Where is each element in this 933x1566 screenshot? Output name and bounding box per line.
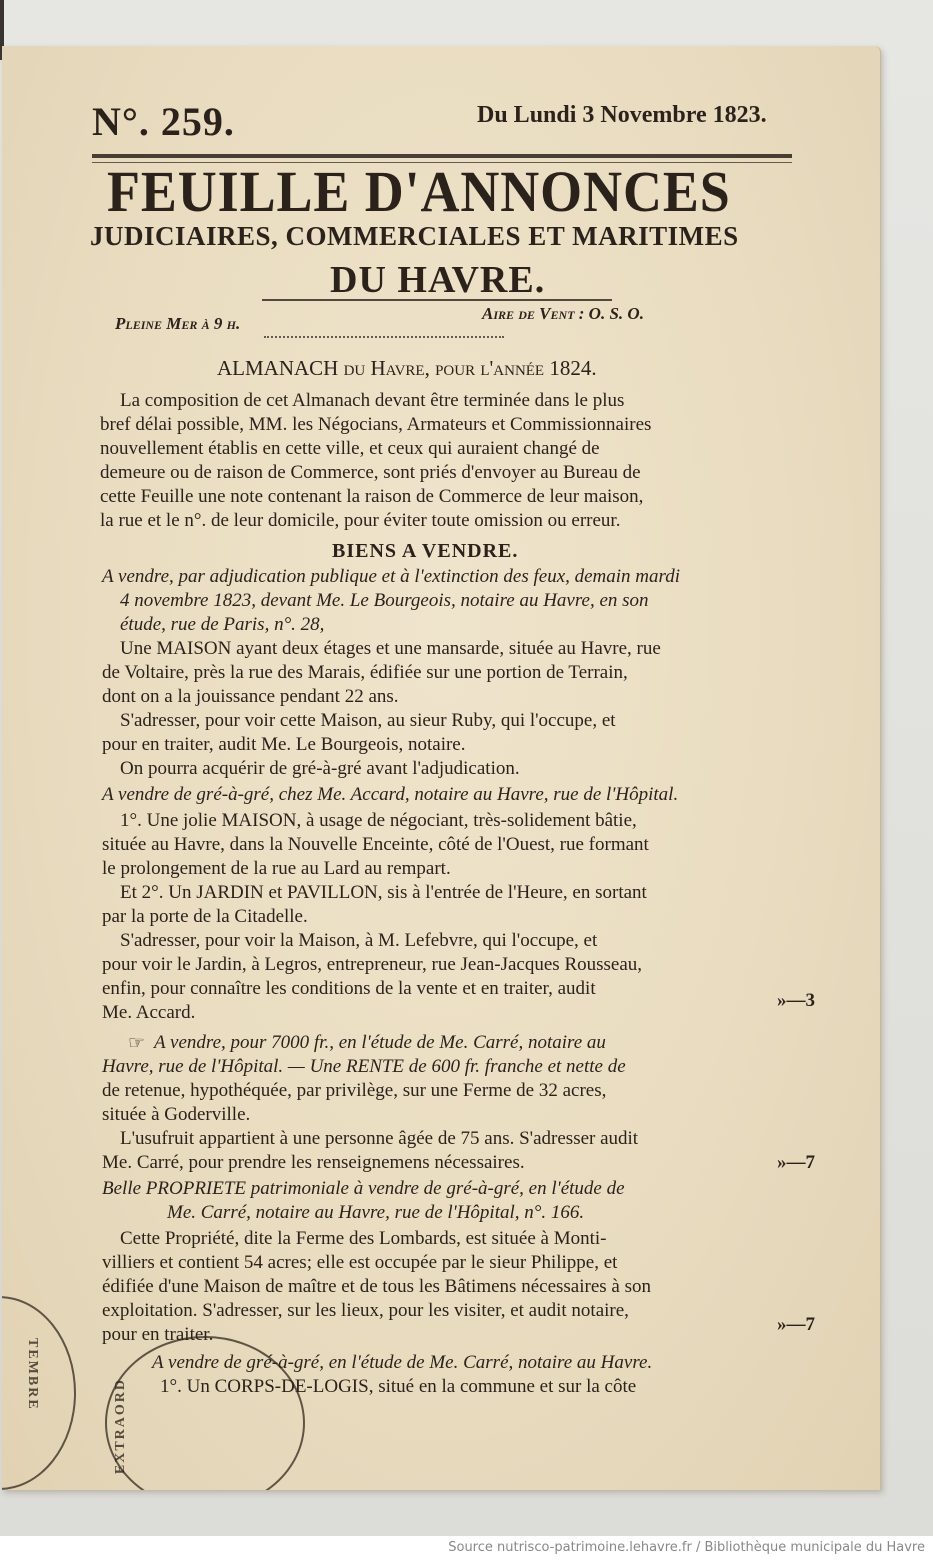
biens-heading: BIENS A VENDRE. [332, 540, 518, 563]
ad4-line: Belle PROPRIETE patrimoniale à vendre de… [102, 1178, 625, 1200]
masthead-subtitle: JUDICIAIRES, COMMERCIALES ET MARITIMES [90, 221, 739, 252]
ad2-line: le prolongement de la rue au Lard au rem… [102, 858, 451, 880]
ad2-line: Me. Accard. [102, 1002, 195, 1024]
ad1-line: A vendre, par adjudication publique et à… [102, 566, 680, 588]
almanach-line: bref délai possible, MM. les Négocians, … [100, 414, 651, 436]
revenue-stamp-left: TEMBRE [2, 1296, 76, 1490]
ad2-line: enfin, pour connaître les conditions de … [102, 978, 596, 1000]
high-tide: Pleine Mer à 9 h. [115, 314, 240, 334]
ornamental-rule [264, 336, 504, 338]
issue-number: N°. 259. [92, 98, 235, 145]
ad4-line: exploitation. S'adresser, sur les lieux,… [102, 1300, 629, 1322]
wind-direction: Aire de Vent : O. S. O. [482, 304, 644, 324]
ad1-line: étude, rue de Paris, n°. 28, [120, 614, 324, 636]
ad1-line: pour en traiter, audit Me. Le Bourgeois,… [102, 734, 465, 756]
pointing-hand-icon: ☞ [128, 1032, 145, 1055]
almanach-line: nouvellement établis en cette ville, et … [100, 438, 600, 460]
almanach-line: demeure ou de raison de Commerce, sont p… [100, 462, 641, 484]
ad1-line: S'adresser, pour voir cette Maison, au s… [120, 710, 616, 732]
almanach-line: cette Feuille une note contenant la rais… [100, 486, 643, 508]
masthead-rule [262, 299, 612, 301]
ad1-line: dont on a la jouissance pendant 22 ans. [102, 686, 399, 708]
ad4-insertion-mark: »—7 [777, 1314, 815, 1336]
ad4-line: Me. Carré, notaire au Havre, rue de l'Hô… [167, 1202, 584, 1224]
ad1-line: Une MAISON ayant deux étages et une mans… [120, 638, 661, 660]
almanach-line: la rue et le n°. de leur domicile, pour … [100, 510, 620, 532]
ad2-line: 1°. Une jolie MAISON, à usage de négocia… [120, 810, 637, 832]
ad3-line: L'usufruit appartient à une personne âgé… [120, 1128, 638, 1150]
ad2-line: S'adresser, pour voir la Maison, à M. Le… [120, 930, 597, 952]
ad3-line: Me. Carré, pour prendre les renseignemen… [102, 1152, 525, 1174]
ad2-line: Et 2°. Un JARDIN et PAVILLON, sis à l'en… [120, 882, 647, 904]
ad3-line: de retenue, hypothéquée, par privilège, … [102, 1080, 606, 1102]
ad3-line: Havre, rue de l'Hôpital. — Une RENTE de … [102, 1056, 626, 1078]
stamp-left-text: TEMBRE [24, 1338, 40, 1411]
almanach-line: La composition de cet Almanach devant êt… [120, 390, 624, 412]
issue-date: Du Lundi 3 Novembre 1823. [477, 102, 767, 129]
ad4-line: villiers et contient 54 acres; elle est … [102, 1252, 617, 1274]
masthead-city: DU HAVRE. [330, 258, 545, 302]
ad3-insertion-mark: »—7 [777, 1152, 815, 1174]
almanach-heading: ALMANACH du Havre, pour l'année 1824. [217, 356, 597, 381]
source-caption: Source nutrisco-patrimoine.lehavre.fr / … [448, 1540, 925, 1555]
ad1-line: On pourra acquérir de gré-à-gré avant l'… [120, 758, 520, 780]
masthead-title: FEUILLE D'ANNONCES [107, 158, 731, 225]
ad1-line: de Voltaire, près la rue des Marais, édi… [102, 662, 628, 684]
ad4-line: Cette Propriété, dite la Ferme des Lomba… [120, 1228, 607, 1250]
ad2-insertion-mark: »—3 [777, 990, 815, 1012]
ad3-line: A vendre, pour 7000 fr., en l'étude de M… [154, 1032, 606, 1054]
ad3-line: située à Goderville. [102, 1104, 250, 1126]
ad2-line: située au Havre, dans la Nouvelle Encein… [102, 834, 649, 856]
newspaper-page: N°. 259. Du Lundi 3 Novembre 1823. FEUIL… [2, 46, 881, 1490]
ad4-line: édifiée d'une Maison de maître et de tou… [102, 1276, 651, 1298]
ad1-line: 4 novembre 1823, devant Me. Le Bourgeois… [120, 590, 649, 612]
ad2-line: par la porte de la Citadelle. [102, 906, 308, 928]
ad2-line: pour voir le Jardin, à Legros, entrepren… [102, 954, 642, 976]
stamp-mid-text: EXTRAORD [113, 1378, 129, 1474]
ad2-line: A vendre de gré-à-gré, chez Me. Accard, … [102, 784, 678, 806]
